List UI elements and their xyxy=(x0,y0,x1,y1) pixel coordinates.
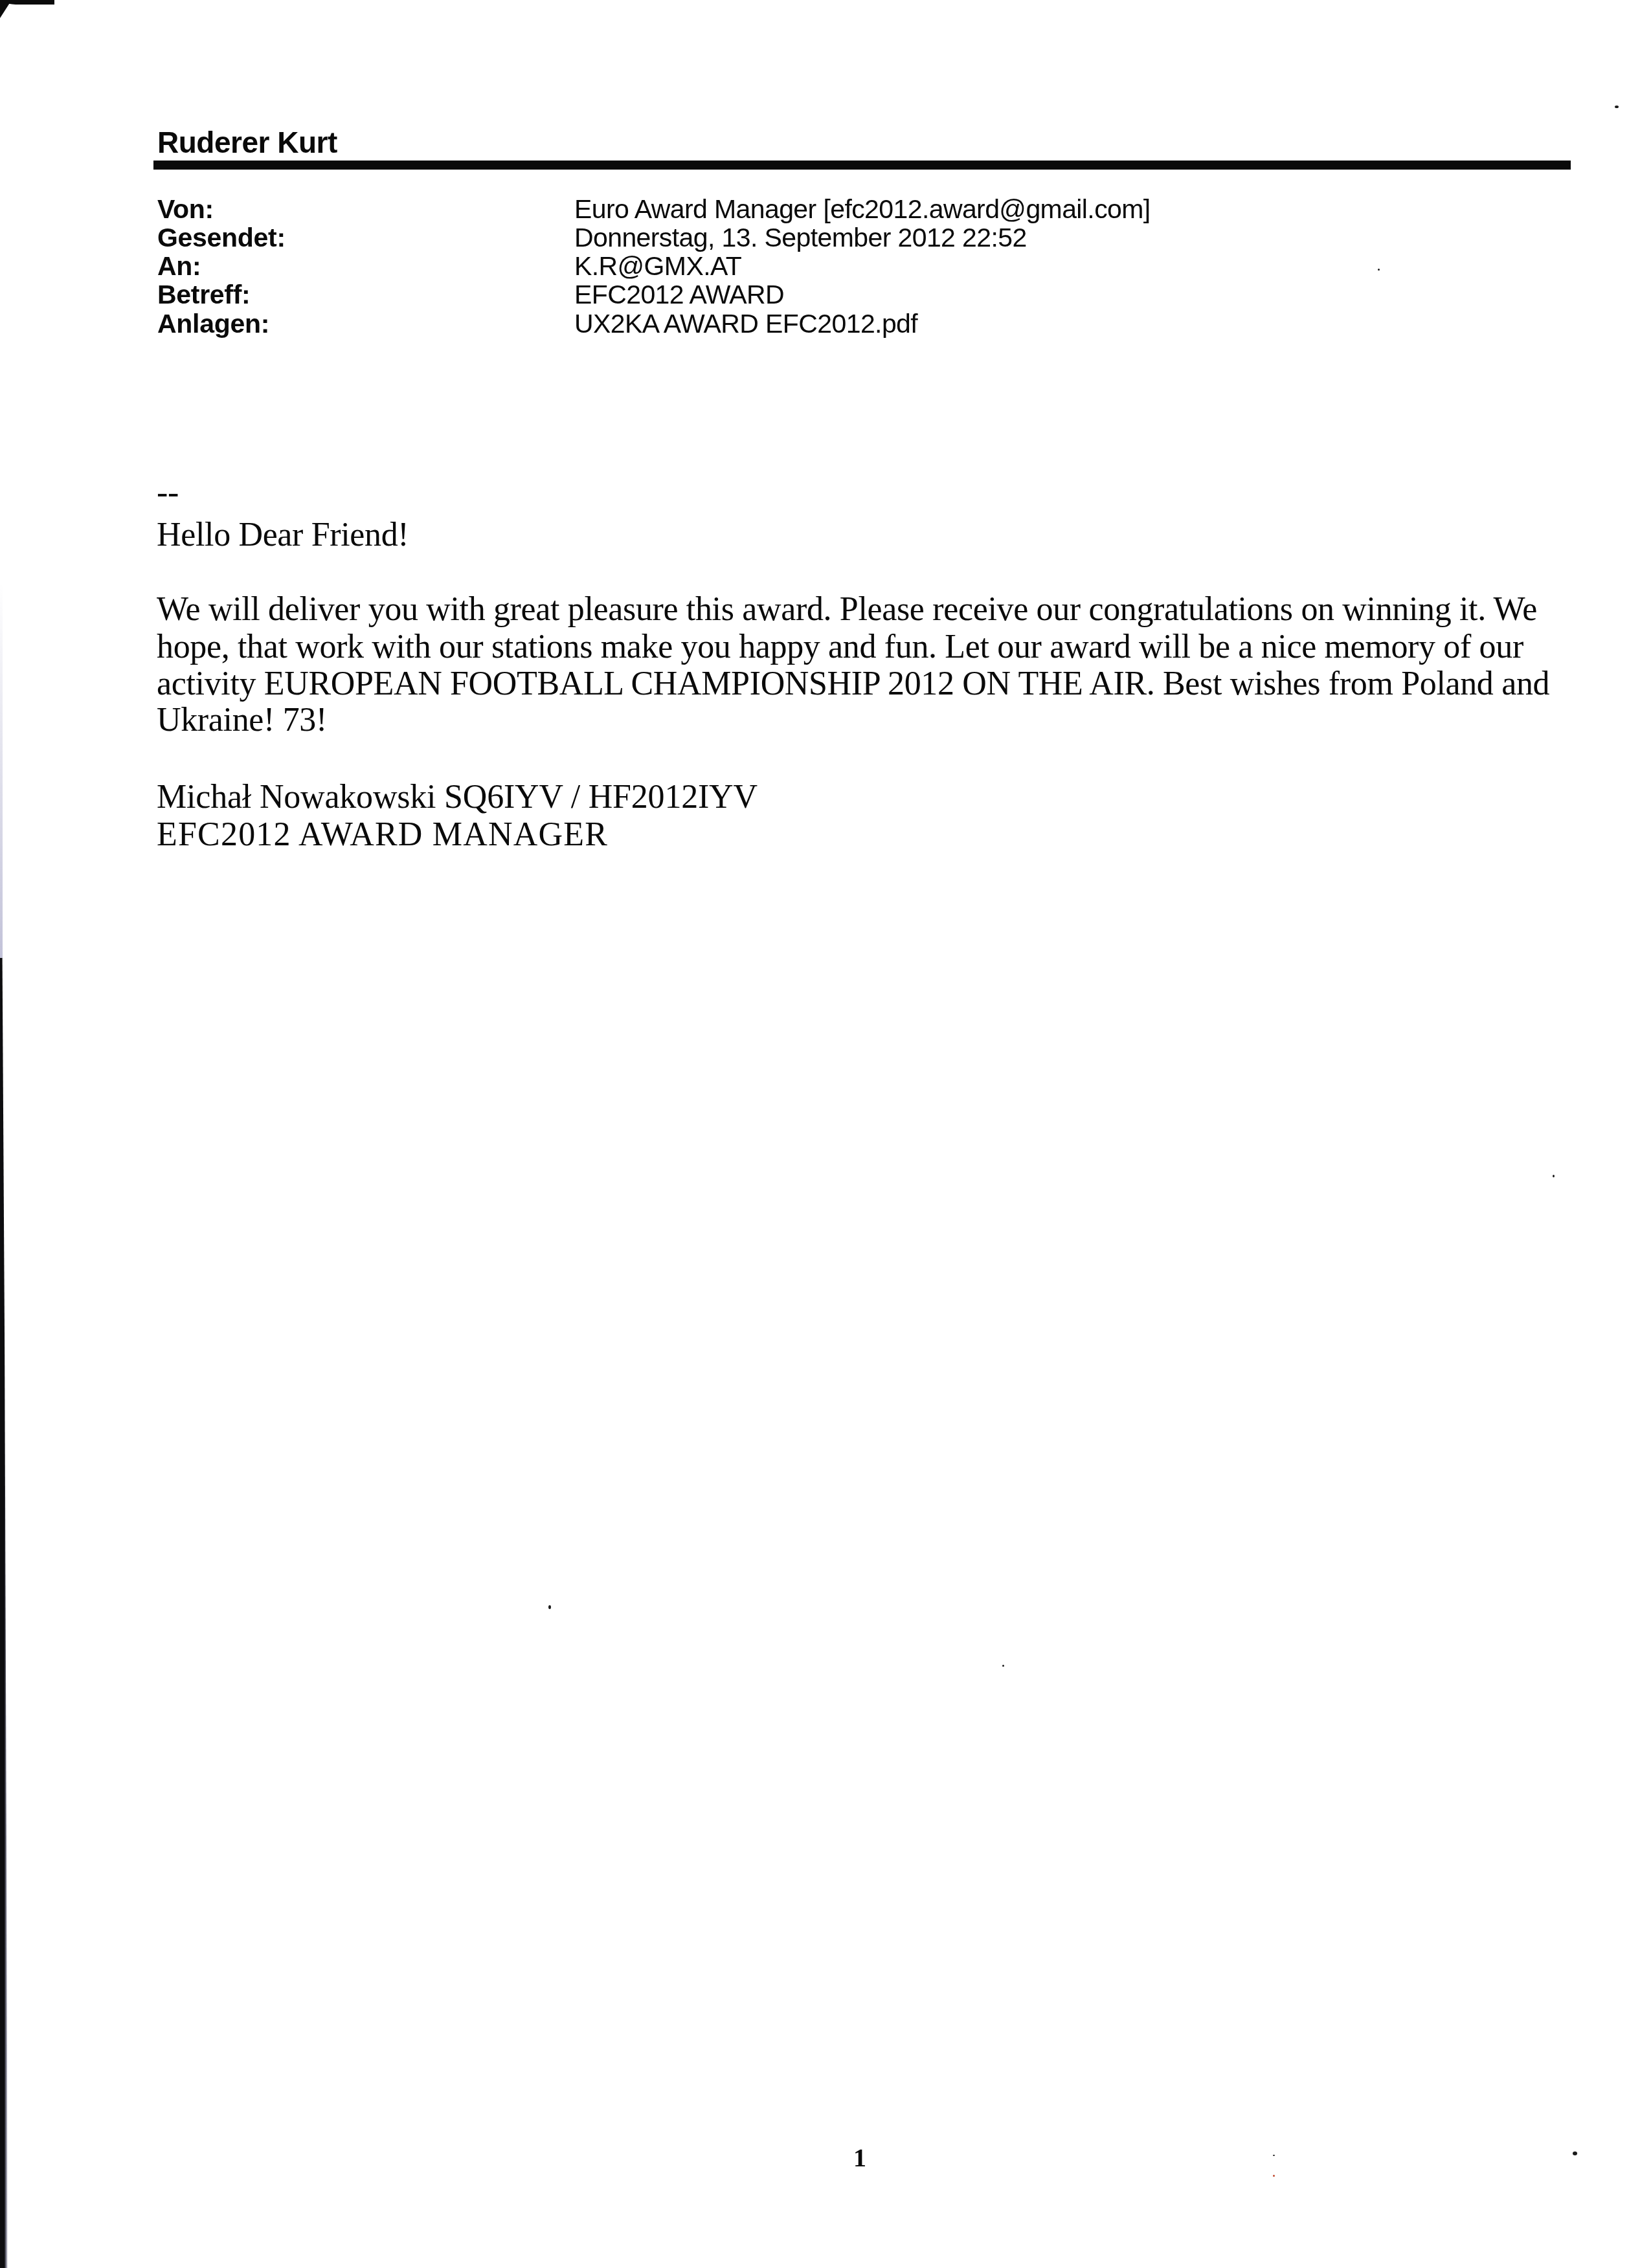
scan-speck xyxy=(548,1605,551,1609)
attachment-filename: UX2KA AWARD EFC2012.pdf xyxy=(574,311,917,337)
from-value: Euro Award Manager [efc2012.award@gmail.… xyxy=(574,196,1151,223)
paragraph-line: We will deliver you with great pleasure … xyxy=(157,593,1537,627)
paragraph-line: hope, that work with our stations make y… xyxy=(157,630,1523,664)
page-number: 1 xyxy=(853,2145,866,2171)
paragraph-line: Ukraine! 73! xyxy=(157,704,327,737)
signature-name: Michał Nowakowski SQ6IYV / HF2012IYV xyxy=(157,781,758,814)
scan-speck xyxy=(1615,106,1619,108)
paragraph-line: activity EUROPEAN FOOTBALL CHAMPIONSHIP … xyxy=(157,667,1549,701)
scan-edge-shadow xyxy=(0,958,8,2268)
to-value: K.R@GMX.AT xyxy=(574,253,741,280)
signature-title: EFC2012 AWARD MANAGER xyxy=(157,818,608,852)
sent-value: Donnerstag, 13. September 2012 22:52 xyxy=(574,225,1027,251)
document-title: Ruderer Kurt xyxy=(157,128,337,157)
attachments-label: Anlagen: xyxy=(157,311,269,337)
greeting: Hello Dear Friend! xyxy=(157,518,409,552)
to-label: An: xyxy=(157,253,201,280)
signature-separator: -- xyxy=(157,476,179,510)
subject-label: Betreff: xyxy=(157,282,250,308)
title-divider xyxy=(153,161,1571,170)
scan-speck xyxy=(1378,269,1380,271)
scan-speck xyxy=(1553,1175,1555,1177)
scan-speck xyxy=(1273,2175,1275,2177)
scan-speck xyxy=(1573,2151,1577,2155)
scan-speck xyxy=(1273,2155,1275,2156)
subject-value: EFC2012 AWARD xyxy=(574,282,784,308)
sent-label: Gesendet: xyxy=(157,225,286,251)
scan-edge-shadow-faint xyxy=(0,583,3,958)
from-label: Von: xyxy=(157,196,214,223)
scan-speck xyxy=(1002,1665,1004,1667)
